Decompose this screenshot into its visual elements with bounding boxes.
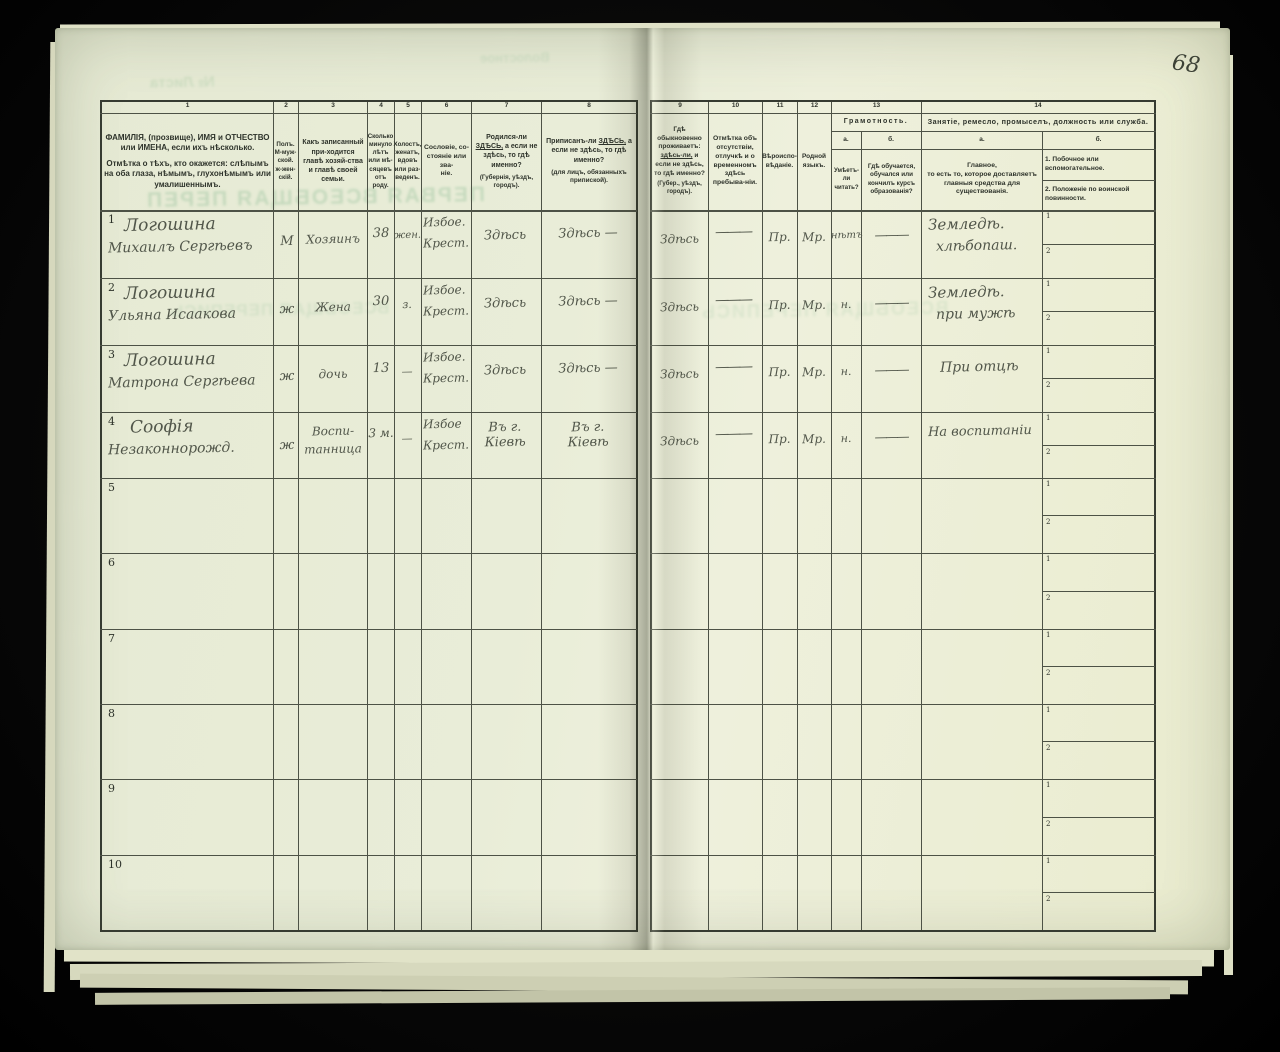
row4-literacy: н. (831, 432, 861, 446)
header-occupation-a-label: а. (922, 131, 1042, 149)
header-religion: Вѣроиспо- вѣданіе. (763, 113, 796, 210)
header-literacy-a: Умѣетъ-ли читать? (833, 149, 860, 210)
row4-estate-1: Избое (423, 417, 462, 432)
row2-religion: Пр. (763, 298, 796, 313)
row1-religion: Пр. (763, 230, 796, 245)
table-row: 3 Логошина Матрона Сергѣева ж дочь 13 — … (100, 345, 1155, 412)
header-language: Родной языкъ. (798, 113, 830, 210)
table-row: 6 1 2 (100, 553, 1155, 629)
row2-birthplace: Здѣсь (472, 295, 538, 311)
row2-registered: Здѣсь — (542, 293, 634, 310)
row1-age: 38 (368, 226, 394, 242)
row4-language: Мр. (798, 432, 830, 447)
row2-given-name: Ульяна Исаакова (108, 306, 236, 325)
row3-language: Мр. (798, 365, 830, 380)
subcell-2-label: 2 (1046, 448, 1050, 456)
header-residence-text: Гдѣ обыкновенно проживаетъ: здѣсь-ли, и … (653, 126, 706, 178)
row1-given-name: Михаилъ Сергѣевъ (108, 237, 253, 256)
row1-sex: М (276, 234, 298, 249)
col-number-4: 4 (368, 102, 394, 109)
header-sex: Полъ. М-муж- ской. ж-жен- скій. (274, 113, 297, 210)
header-occupation-main: Главное, то есть то, которое доставляетъ… (925, 149, 1039, 210)
row-number: 7 (108, 632, 115, 645)
row4-occupation-1: На воспитаніи (928, 423, 1032, 440)
row4-marital: — (394, 432, 420, 446)
subcell-1-label: 1 (1046, 347, 1050, 355)
header-occupation-b-label: б. (1043, 131, 1154, 149)
header-birthplace: Родился-ли ЗДѢСЬ, а если не здѣсь, то гд… (474, 113, 539, 210)
row1-estate-2: Крест. (423, 236, 469, 251)
header-name-main: ФАМИЛІЯ, (прозвище), ИМЯ и ОТЧЕСТВО или … (104, 133, 271, 154)
col-number-6: 6 (422, 102, 471, 109)
row1-absence-dash: ——— (704, 223, 762, 240)
row1-residence: Здѣсь (652, 231, 707, 246)
header-absence: Отмѣтка объ отсутствіи, отлучкѣ и о врем… (710, 113, 760, 210)
subcell-1-label: 1 (1046, 480, 1050, 488)
row1-surname: Логошина (124, 214, 216, 236)
page-number: 68 (1170, 50, 1201, 79)
row3-absence-dash: ——— (704, 358, 762, 375)
header-name-note: Отмѣтка о тѣхъ, кто окажется: слѣпымъ на… (104, 159, 271, 191)
row3-estate-2: Крест. (423, 371, 469, 386)
row3-given-name: Матрона Сергѣева (108, 372, 256, 391)
row1-marital: жен. (394, 230, 420, 242)
row1-occupation-1: Земледѣ. (928, 214, 1005, 234)
header-residence: Гдѣ обыкновенно проживаетъ: здѣсь-ли, и … (653, 113, 706, 210)
row2-literacy: н. (831, 298, 861, 312)
row3-residence: Здѣсь (652, 366, 707, 381)
col-number-2: 2 (274, 102, 298, 109)
row4-sex: ж (276, 438, 298, 453)
row1-literacy-b-dash: ——— (862, 227, 920, 243)
subcell-2-label: 2 (1046, 518, 1050, 526)
row1-birthplace: Здѣсь (472, 227, 538, 243)
row-number: 2 (108, 281, 115, 294)
header-registered-text: Приписанъ-ли ЗДѢСЬ, а если не здѣсь, то … (545, 137, 633, 165)
header-registered: Приписанъ-ли ЗДѢСЬ, а если не здѣсь, то … (545, 113, 633, 210)
row3-literacy-b-dash: ——— (862, 362, 920, 378)
row1-language: Мр. (798, 230, 830, 245)
row2-marital: з. (394, 298, 420, 312)
row4-relation-2: танница (300, 441, 366, 456)
header-occupation-military: 2. Положеніе по воинской повинности. (1045, 180, 1152, 210)
header-relation: Какъ записанный при-ходится главѣ хозяй-… (301, 113, 365, 210)
header-birthplace-text: Родился-ли ЗДѢСЬ, а если не здѣсь, то гд… (474, 133, 539, 170)
row3-occupation-1: При отцѣ (940, 358, 1019, 376)
row4-literacy-b-dash: ——— (862, 429, 920, 445)
row4-religion: Пр. (763, 432, 796, 447)
row4-relation-1: Воспи- (300, 423, 366, 438)
row3-religion: Пр. (763, 365, 796, 380)
row4-surname: Соофія (130, 416, 194, 437)
row4-estate-2: Крест. (423, 438, 469, 453)
row3-birthplace: Здѣсь (472, 362, 538, 378)
header-residence-note: (Губер., уѣздъ, городъ). (653, 181, 706, 197)
row-number: 9 (108, 782, 115, 795)
table-row: 4 Соофія Незаконнорожд. ж Воспи- танница… (100, 412, 1155, 478)
header-registered-note: (для лицъ, обязанныхъ припиской). (545, 169, 633, 186)
col-number-14: 14 (922, 102, 1154, 109)
row1-registered: Здѣсь — (542, 225, 634, 242)
row3-literacy: н. (831, 365, 861, 379)
table-row: 5 1 2 (100, 478, 1155, 553)
row3-surname: Логошина (124, 349, 216, 371)
scanned-census-sheet: № Листа Волостное ПЕРВАЯ ВСЕОБЩАЯ ПЕРЕП … (0, 0, 1280, 1052)
subcell-1-label: 1 (1046, 280, 1050, 288)
col-number-1: 1 (102, 102, 273, 109)
row-number: 8 (108, 707, 115, 720)
row2-occupation-1: Земледѣ. (928, 282, 1005, 302)
row2-residence: Здѣсь (652, 299, 707, 314)
row2-estate-2: Крест. (423, 304, 469, 319)
subcell-1-label: 1 (1046, 212, 1050, 220)
row3-estate-1: Избое. (423, 350, 466, 365)
row4-absence-dash: ——— (704, 425, 762, 442)
col-number-9: 9 (652, 102, 708, 109)
row1-estate-1: Избое. (423, 215, 466, 230)
row4-registered: Въ г. Кіевѣ (550, 419, 627, 451)
header-estate: Сословіе, со- стояніе или зва- ніе. (423, 113, 470, 210)
table-row: 9 1 2 (100, 779, 1155, 855)
header-name: ФАМИЛІЯ, (прозвище), ИМЯ и ОТЧЕСТВО или … (104, 113, 271, 210)
row3-registered: Здѣсь — (542, 360, 634, 377)
row-number: 6 (108, 556, 115, 569)
row4-birthplace: Въ г. Кіевѣ (472, 419, 539, 450)
subcell-1-label: 1 (1046, 706, 1050, 714)
row3-marital: — (394, 365, 420, 379)
table-row: 10 1 2 (100, 855, 1155, 930)
subcell-2-label: 2 (1046, 314, 1050, 322)
row4-residence: Здѣсь (652, 433, 707, 448)
row2-language: Мр. (798, 298, 830, 313)
col-number-13: 13 (832, 102, 921, 109)
col-number-5: 5 (395, 102, 421, 109)
row4-age: 3 м. (366, 426, 396, 441)
row2-sex: ж (276, 302, 298, 317)
subcell-2-label: 2 (1046, 381, 1050, 389)
row1-occupation-2: хлѣбопаш. (936, 237, 1018, 255)
header-literacy-title: Грамотность. (832, 113, 920, 131)
header-occupation-side: 1. Побочное или вспомогательное. (1045, 149, 1152, 180)
table-row: 8 1 2 (100, 704, 1155, 779)
row3-sex: ж (276, 369, 298, 384)
sheet-edge-bottom-4 (95, 987, 1170, 1005)
col-number-12: 12 (798, 102, 831, 109)
header-age: Сколько минуло лѣтъ или мѣ- сяцевъ отъ р… (368, 113, 393, 210)
row1-literacy: нѣтъ (831, 230, 861, 242)
header-literacy-b: Гдѣ обучается, обучался или кончилъ курс… (864, 149, 919, 210)
header-occupation-title: Занятіе, ремесло, промыселъ, должность и… (922, 113, 1154, 131)
table-row: 2 Логошина Ульяна Исаакова ж Жена 30 з. … (100, 278, 1155, 345)
subcell-1-label: 1 (1046, 781, 1050, 789)
col-number-7: 7 (472, 102, 541, 109)
row-number: 10 (108, 858, 122, 871)
header-birthplace-note: (Губернія, уѣздъ, городъ). (474, 174, 539, 190)
subcell-2-label: 2 (1046, 895, 1050, 903)
row3-age: 13 (368, 361, 394, 377)
subcell-1-label: 1 (1046, 857, 1050, 865)
row2-occupation-2: при мужѣ (936, 305, 1016, 323)
subcell-2-label: 2 (1046, 820, 1050, 828)
subcell-1-label: 1 (1046, 555, 1050, 563)
row2-literacy-b-dash: ——— (862, 295, 920, 311)
col-number-11: 11 (763, 102, 797, 109)
row2-surname: Логошина (124, 282, 216, 304)
subcell-2-label: 2 (1046, 744, 1050, 752)
row1-relation: Хозяинъ (300, 231, 366, 246)
subcell-2-label: 2 (1046, 594, 1050, 602)
table-row: 7 1 2 (100, 629, 1155, 704)
header-literacy-b-label: б. (862, 131, 920, 149)
row2-age: 30 (368, 294, 394, 310)
row-number: 1 (108, 213, 115, 226)
row2-estate-1: Избое. (423, 283, 466, 298)
col-number-10: 10 (709, 102, 762, 109)
row-number: 3 (108, 348, 115, 361)
subcell-1-label: 1 (1046, 631, 1050, 639)
header-literacy-a-label: а. (832, 131, 860, 149)
row-number: 4 (108, 415, 115, 428)
ghost-top-center: Волостное (480, 49, 550, 65)
subcell-1-label: 1 (1046, 414, 1050, 422)
row4-given-name: Незаконнорожд. (108, 440, 235, 459)
row2-absence-dash: ——— (704, 291, 762, 308)
header-marital: Холостъ, женатъ, вдовъ или раз- веденъ. (395, 113, 420, 210)
col-number-8: 8 (542, 102, 636, 109)
subcell-2-label: 2 (1046, 247, 1050, 255)
row2-relation: Жена (300, 299, 366, 314)
row3-relation: дочь (300, 366, 366, 381)
col-number-3: 3 (299, 102, 367, 109)
table-row: 1 Логошина Михаилъ Сергѣевъ М Хозяинъ 38… (100, 210, 1155, 278)
row-number: 5 (108, 481, 115, 494)
ghost-sheet-number: № Листа (150, 73, 215, 91)
subcell-2-label: 2 (1046, 669, 1050, 677)
